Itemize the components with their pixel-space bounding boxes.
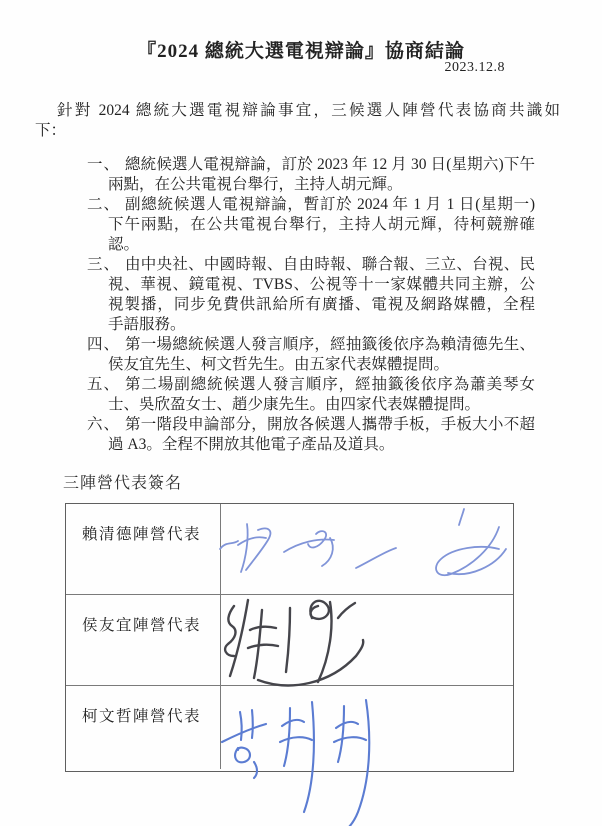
signature-table: 賴清德陣營代表 侯友宜陣營代表 柯文哲陣營代表 bbox=[65, 503, 514, 772]
signature-cell bbox=[221, 504, 513, 594]
list-item-line: 第二場副總統候選人發言順序，經抽籤後依序為蕭美琴女 bbox=[108, 375, 535, 395]
signature-cell bbox=[221, 595, 513, 685]
list-item-line: 總統候選人電視辯論，訂於 2023 年 12 月 30 日(星期六)下午 bbox=[108, 155, 535, 175]
list-item: 二、 副總統候選人電視辯論，暫訂於 2024 年 1 月 1 日(星期一) 下午… bbox=[108, 195, 535, 255]
list-item-number: 五、 bbox=[87, 375, 120, 395]
document-page: 『2024 總統大選電視辯論』協商結論 2023.12.8 針對 2024 總統… bbox=[0, 0, 602, 826]
consensus-list: 一、 總統候選人電視辯論，訂於 2023 年 12 月 30 日(星期六)下午 … bbox=[108, 155, 535, 455]
list-item-line: 副總統候選人電視辯論，暫訂於 2024 年 1 月 1 日(星期一) bbox=[108, 195, 535, 215]
list-item: 一、 總統候選人電視辯論，訂於 2023 年 12 月 30 日(星期六)下午 … bbox=[108, 155, 535, 195]
camp-label-cell: 賴清德陣營代表 bbox=[66, 504, 221, 594]
intro-paragraph: 針對 2024 總統大選電視辯論事宜，三候選人陣營代表協商共識如 下： bbox=[35, 101, 560, 141]
signature-section-heading: 三陣營代表簽名 bbox=[63, 470, 182, 493]
list-item-number: 三、 bbox=[87, 255, 120, 275]
list-item-line: 第一階段申論部分，開放各候選人攜帶手板，手板大小不超 bbox=[108, 415, 535, 435]
list-item-line: 士、吳欣盈女士、趙少康先生。由四家代表媒體提問。 bbox=[108, 395, 535, 415]
signature-cell bbox=[221, 686, 513, 769]
list-item: 四、 第一場總統候選人發言順序，經抽籤後依序為賴清德先生、 侯友宜先生、柯文哲先… bbox=[108, 335, 535, 375]
list-item-line: 視製播，同步免費供訊給所有廣播、電視及網路媒體，全程 bbox=[108, 295, 535, 315]
list-item: 六、 第一階段申論部分，開放各候選人攜帶手板，手板大小不超 過 A3。全程不開放… bbox=[108, 415, 535, 455]
table-row: 柯文哲陣營代表 bbox=[66, 686, 513, 769]
list-item-line: 視、華視、鏡電視、TVBS、公視等十一家媒體共同主辦，公 bbox=[108, 275, 535, 295]
intro-line: 下： bbox=[35, 121, 560, 141]
table-row: 賴清德陣營代表 bbox=[66, 504, 513, 595]
list-item-number: 二、 bbox=[87, 195, 120, 215]
list-item: 五、 第二場副總統候選人發言順序，經抽籤後依序為蕭美琴女 士、吳欣盈女士、趙少康… bbox=[108, 375, 535, 415]
camp-label-cell: 柯文哲陣營代表 bbox=[66, 686, 221, 769]
camp-label-cell: 侯友宜陣營代表 bbox=[66, 595, 221, 685]
list-item-line: 下午兩點，在公共電視台舉行，主持人胡元輝，待柯競辦確 bbox=[108, 215, 535, 235]
list-item-line: 手語服務。 bbox=[108, 315, 535, 335]
intro-line: 針對 2024 總統大選電視辯論事宜，三候選人陣營代表協商共識如 bbox=[35, 101, 560, 121]
list-item: 三、 由中央社、中國時報、自由時報、聯合報、三立、台視、民 視、華視、鏡電視、T… bbox=[108, 255, 535, 335]
list-item-line: 兩點，在公共電視台舉行，主持人胡元輝。 bbox=[108, 175, 535, 195]
list-item-line: 認。 bbox=[108, 235, 535, 255]
list-item-line: 侯友宜先生、柯文哲先生。由五家代表媒體提問。 bbox=[108, 355, 535, 375]
table-row: 侯友宜陣營代表 bbox=[66, 595, 513, 686]
document-date: 2023.12.8 bbox=[445, 60, 506, 76]
document-title: 『2024 總統大選電視辯論』協商結論 bbox=[0, 36, 602, 63]
list-item-number: 四、 bbox=[87, 335, 120, 355]
list-item-number: 六、 bbox=[87, 415, 120, 435]
list-item-line: 第一場總統候選人發言順序，經抽籤後依序為賴清德先生、 bbox=[108, 335, 535, 355]
list-item-number: 一、 bbox=[87, 155, 120, 175]
list-item-line: 過 A3。全程不開放其他電子產品及道具。 bbox=[108, 435, 535, 455]
list-item-line: 由中央社、中國時報、自由時報、聯合報、三立、台視、民 bbox=[108, 255, 535, 275]
